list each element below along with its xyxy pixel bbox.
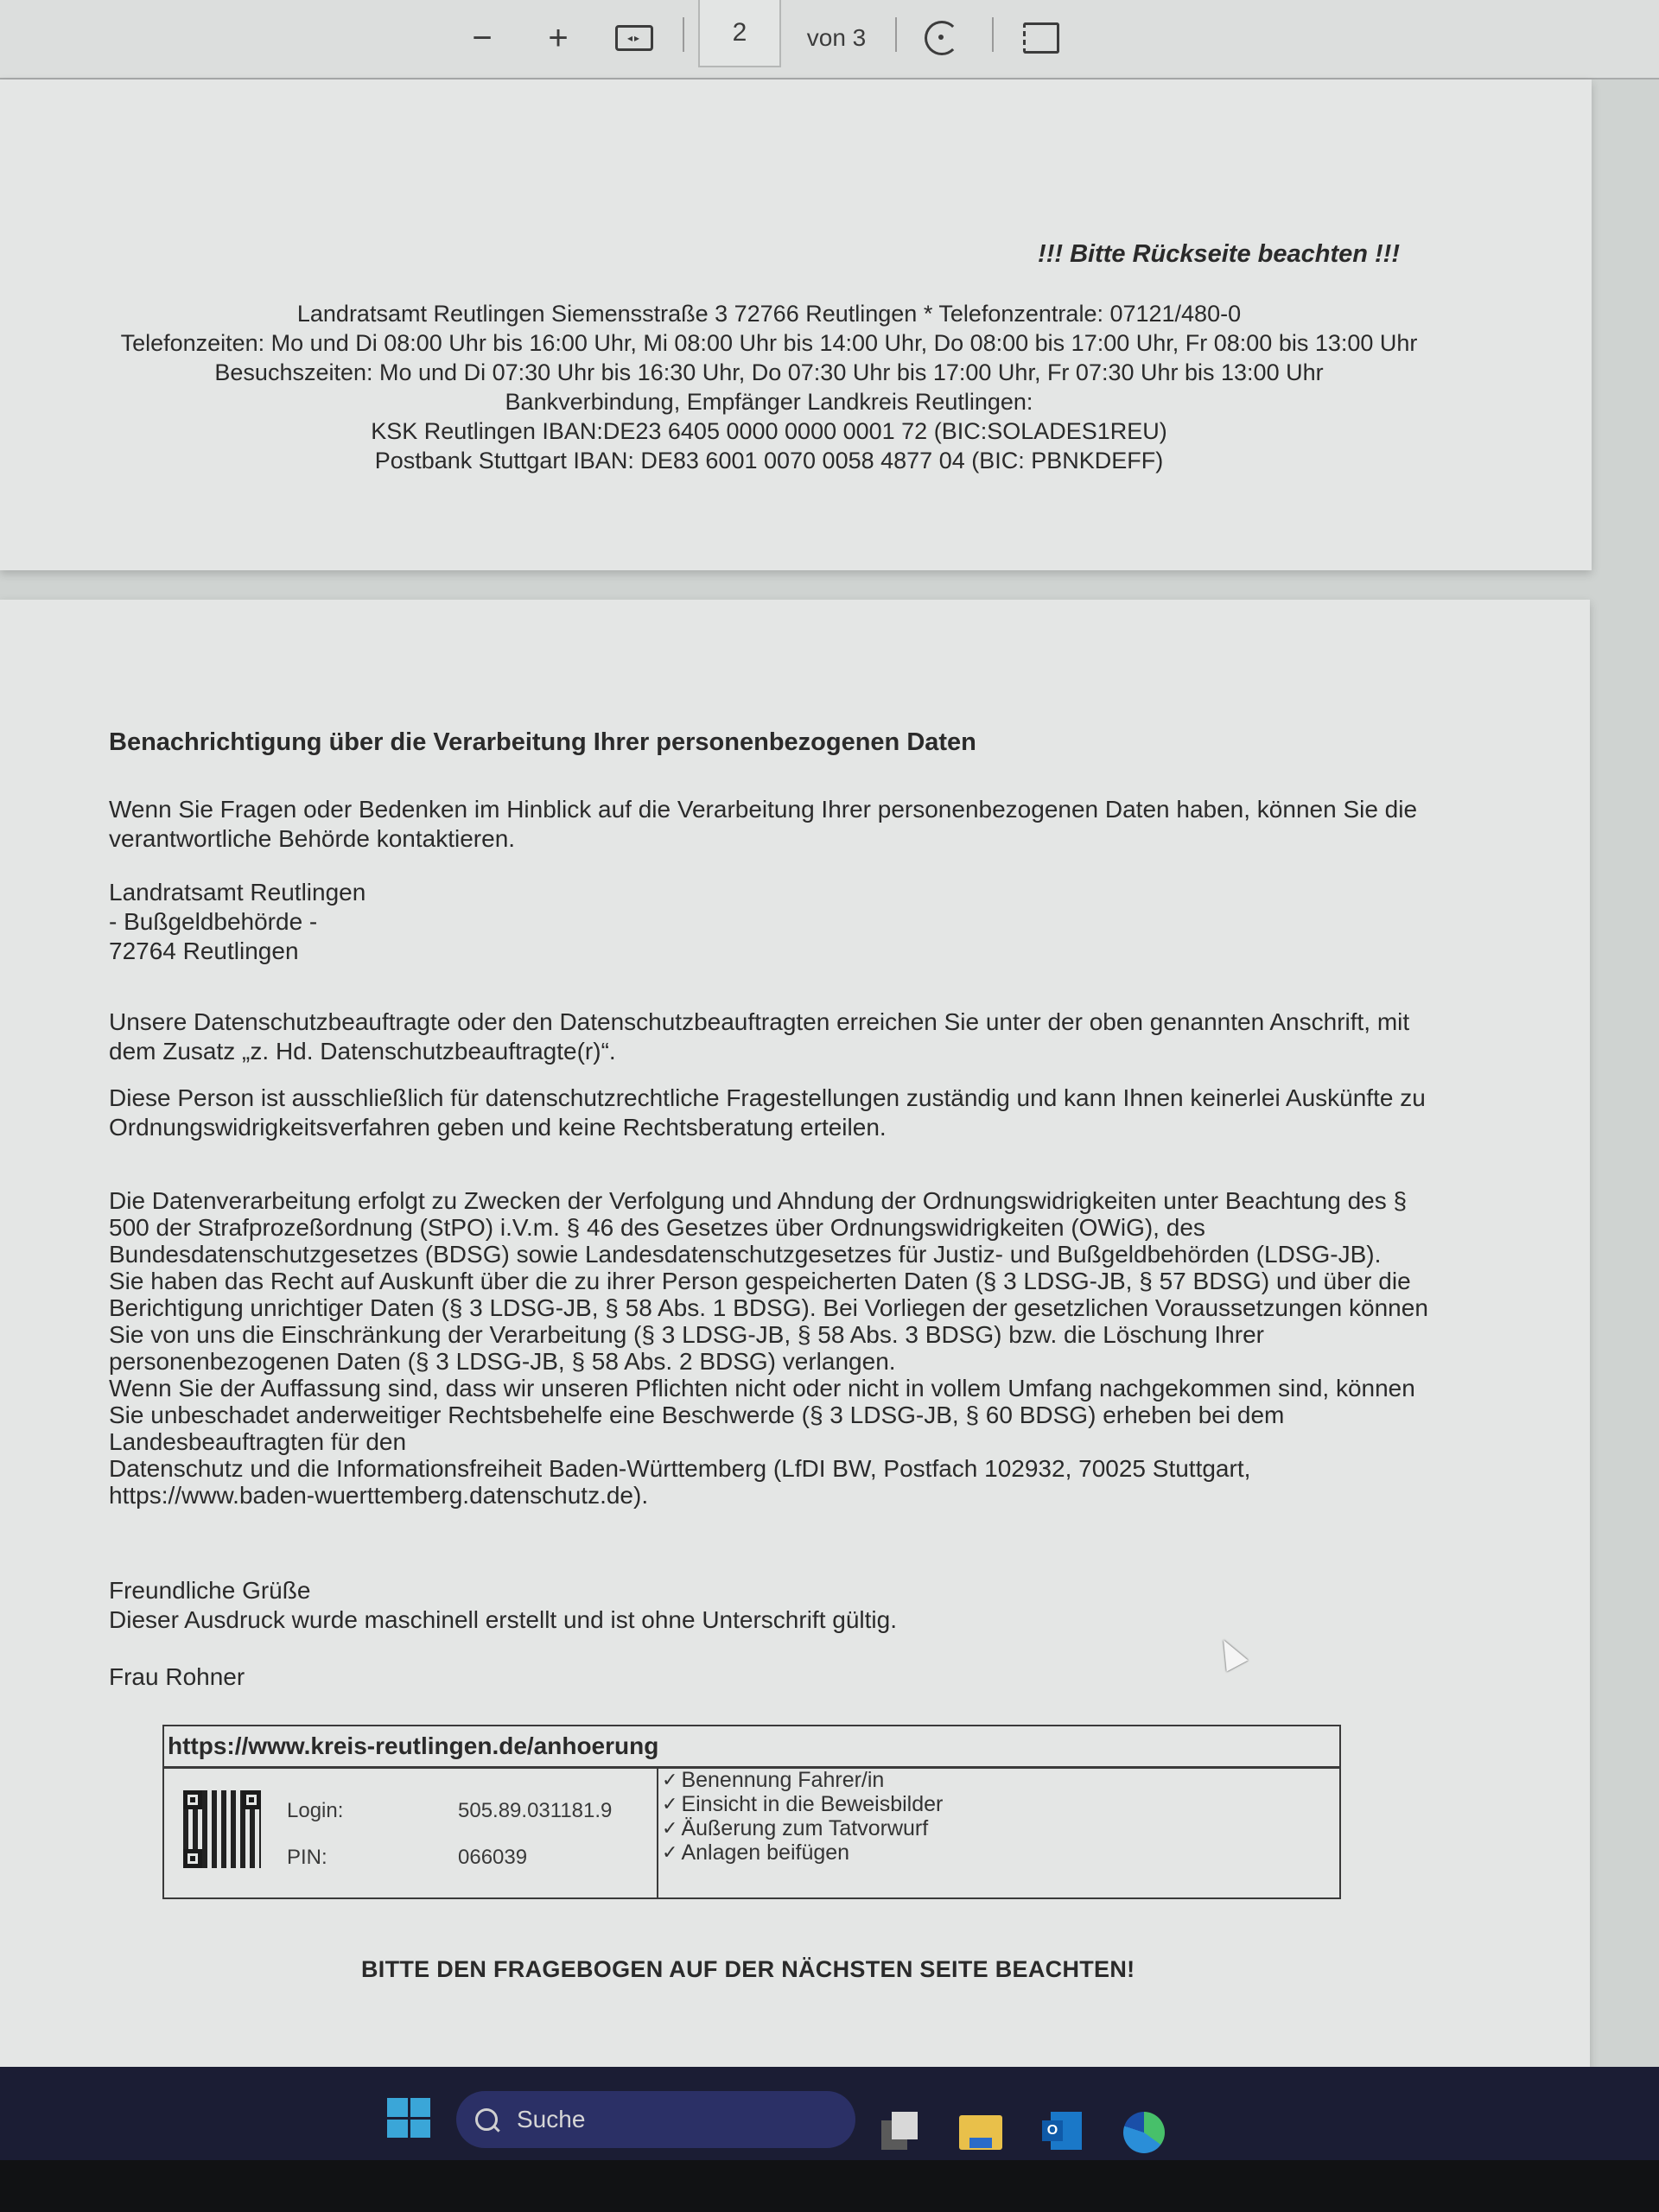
- address-line: 72764 Reutlingen: [109, 937, 1440, 966]
- zoom-in-button[interactable]: +: [541, 12, 575, 64]
- pin-label: PIN:: [287, 1846, 327, 1870]
- authority-address: Landratsamt Reutlingen - Bußgeldbehörde …: [109, 878, 1440, 966]
- check-icon: ✓: [662, 1792, 677, 1816]
- complaint-paragraph: Wenn Sie der Auffassung sind, dass wir u…: [109, 1375, 1440, 1455]
- data-protection-officer-paragraph: Unsere Datenschutzbeauftragte oder den D…: [109, 1007, 1440, 1066]
- qr-code-icon: [183, 1790, 261, 1868]
- back-side-notice: !!! Bitte Rückseite beachten !!!: [1038, 240, 1400, 269]
- checklist-item: ✓Einsicht in die Beweisbilder: [662, 1792, 1336, 1816]
- online-hearing-box: https://www.kreis-reutlingen.de/anhoerun…: [162, 1725, 1341, 1899]
- monitor-bezel: [0, 2160, 1659, 2212]
- pdf-page-1: !!! Bitte Rückseite beachten !!! Landrat…: [0, 79, 1592, 570]
- pdf-toolbar: − + ◂▸ 2 von 3: [0, 0, 1659, 79]
- pdf-page-2: Benachrichtigung über die Verarbeitung I…: [0, 600, 1590, 2069]
- footer-bank-heading: Bankverbindung, Empfänger Landkreis Reut…: [112, 387, 1426, 416]
- login-value: 505.89.031181.9: [458, 1799, 612, 1823]
- file-explorer-icon[interactable]: [959, 2112, 1004, 2152]
- task-view-icon[interactable]: [881, 2112, 926, 2152]
- page-number-input[interactable]: 2: [698, 0, 781, 67]
- rights-paragraph: Sie haben das Recht auf Auskunft über di…: [109, 1268, 1440, 1375]
- taskbar-search-box[interactable]: Suche: [456, 2091, 855, 2148]
- legal-basis-block: Die Datenverarbeitung erfolgt zu Zwecken…: [109, 1187, 1440, 1509]
- footer-address: Landratsamt Reutlingen Siemensstraße 3 7…: [112, 299, 1426, 328]
- toolbar-divider: [992, 17, 994, 52]
- check-icon: ✓: [662, 1840, 677, 1865]
- pin-value: 066039: [458, 1846, 527, 1870]
- fit-width-button[interactable]: ◂▸: [615, 12, 653, 64]
- edge-browser-icon[interactable]: [1123, 2112, 1168, 2152]
- machine-generated-note: Dieser Ausdruck wurde maschinell erstell…: [109, 1605, 1440, 1635]
- outlook-icon[interactable]: O: [1042, 2112, 1087, 2152]
- legal-paragraph: Die Datenverarbeitung erfolgt zu Zwecken…: [109, 1187, 1440, 1268]
- page-view-icon: [1023, 22, 1059, 54]
- address-line: Landratsamt Reutlingen: [109, 878, 1440, 907]
- footer-bank-ksk: KSK Reutlingen IBAN:DE23 6405 0000 0000 …: [112, 416, 1426, 446]
- minus-icon: −: [472, 19, 492, 58]
- feature-checklist: ✓Benennung Fahrer/in ✓Einsicht in die Be…: [662, 1768, 1336, 1865]
- rotate-button[interactable]: [921, 12, 963, 64]
- plus-icon: +: [548, 19, 568, 58]
- footer-visiting-hours: Besuchszeiten: Mo und Di 07:30 Uhr bis 1…: [112, 358, 1426, 387]
- address-line: - Bußgeldbehörde -: [109, 907, 1440, 937]
- officer-scope-paragraph: Diese Person ist ausschließlich für date…: [109, 1084, 1440, 1142]
- footer-bank-postbank: Postbank Stuttgart IBAN: DE83 6001 0070 …: [112, 446, 1426, 475]
- toolbar-divider: [683, 17, 684, 52]
- signer-name: Frau Rohner: [109, 1662, 1440, 1692]
- page-total: von 3: [802, 12, 871, 64]
- section-heading: Benachrichtigung über die Verarbeitung I…: [109, 728, 1440, 757]
- hearing-url[interactable]: https://www.kreis-reutlingen.de/anhoerun…: [164, 1726, 1339, 1769]
- zoom-out-button[interactable]: −: [465, 12, 499, 64]
- check-icon: ✓: [662, 1816, 677, 1840]
- greeting: Freundliche Grüße: [109, 1576, 1440, 1605]
- checklist-item: ✓Äußerung zum Tatvorwurf: [662, 1816, 1336, 1840]
- questionnaire-notice: BITTE DEN FRAGEBOGEN AUF DER NÄCHSTEN SE…: [361, 1956, 1135, 1983]
- page-view-button[interactable]: [1020, 12, 1063, 64]
- login-label: Login:: [287, 1799, 343, 1823]
- rotate-icon: [925, 21, 959, 55]
- windows-start-icon[interactable]: [387, 2098, 430, 2138]
- check-icon: ✓: [662, 1768, 677, 1792]
- toolbar-divider: [895, 17, 897, 52]
- checklist-item: ✓Benennung Fahrer/in: [662, 1768, 1336, 1792]
- intro-paragraph: Wenn Sie Fragen oder Bedenken im Hinblic…: [109, 795, 1440, 854]
- footer-phone-hours: Telefonzeiten: Mo und Di 08:00 Uhr bis 1…: [112, 328, 1426, 358]
- fit-width-icon: ◂▸: [615, 25, 653, 51]
- credentials-panel: Login: 505.89.031181.9 PIN: 066039: [164, 1768, 658, 1897]
- supervisory-authority: Datenschutz und die Informationsfreiheit…: [109, 1455, 1440, 1509]
- letter-footer: Landratsamt Reutlingen Siemensstraße 3 7…: [112, 299, 1426, 475]
- closing-block: Freundliche Grüße Dieser Ausdruck wurde …: [109, 1576, 1440, 1635]
- search-placeholder: Suche: [517, 2106, 585, 2133]
- search-icon: [475, 2108, 498, 2131]
- checklist-item: ✓Anlagen beifügen: [662, 1840, 1336, 1865]
